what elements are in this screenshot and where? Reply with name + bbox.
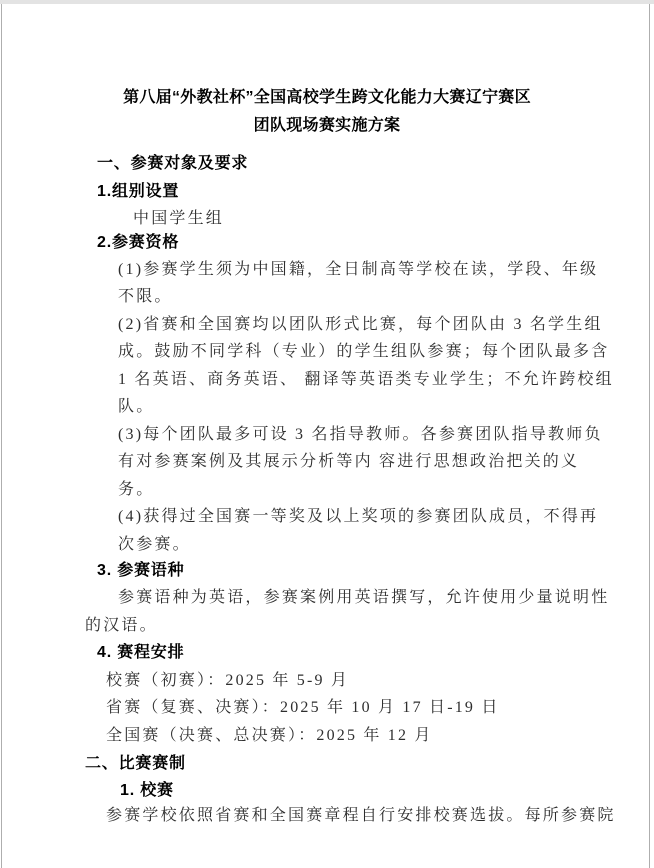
- document-page: 第八届“外教社杯”全国高校学生跨文化能力大赛辽宁赛区 团队现场赛实施方案 一、参…: [0, 0, 654, 868]
- eligibility-line: (2)省赛和全国赛均以团队形式比赛，每个团队由 3 名学生组: [118, 312, 603, 338]
- subsection-group-heading: 1.组别设置: [97, 179, 179, 205]
- school-round-line: 参赛学校依照省赛和全国赛章程自行安排校赛选拔。每所参赛院: [106, 803, 616, 829]
- subsection-eligibility-heading: 2.参赛资格: [97, 230, 179, 256]
- section2-heading: 二、比赛赛制: [85, 751, 186, 777]
- eligibility-line: 有对参赛案例及其展示分析等内 容进行思想政治把关的义: [118, 449, 579, 475]
- schedule-line-province: 省赛（复赛、决赛）：2025 年 10 月 17 日-19 日: [106, 695, 500, 721]
- schedule-line-national: 全国赛（决赛、总决赛）：2025 年 12 月: [106, 723, 433, 749]
- language-line: 参赛语种为英语，参赛案例用英语撰写，允许使用少量说明性: [118, 585, 609, 611]
- eligibility-line: 务。: [118, 477, 154, 503]
- eligibility-line: 成。鼓励不同学科（专业）的学生组队参赛；每个团队最多含: [118, 339, 609, 365]
- subsection-schedule-heading: 4. 赛程安排: [97, 640, 184, 666]
- doc-title-line-2: 团队现场赛实施方案: [0, 113, 654, 139]
- eligibility-line: (1)参赛学生须为中国籍，全日制高等学校在读，学段、年级: [118, 257, 598, 283]
- schedule-line-school: 校赛（初赛）：2025 年 5-9 月: [106, 668, 349, 694]
- section1-heading: 一、参赛对象及要求: [97, 151, 248, 177]
- doc-title-line-1: 第八届“外教社杯”全国高校学生跨文化能力大赛辽宁赛区: [0, 85, 654, 111]
- eligibility-line: 次参赛。: [118, 532, 191, 558]
- eligibility-line: (3)每个团队最多可设 3 名指导教师。各参赛团队指导教师负: [118, 422, 603, 448]
- eligibility-line: 不限。: [118, 284, 173, 310]
- subsection-school-round-heading: 1. 校赛: [120, 778, 174, 804]
- eligibility-line: 队。: [118, 394, 154, 420]
- group-body-line: 中国学生组: [133, 206, 224, 232]
- eligibility-line: (4)获得过全国赛一等奖及以上奖项的参赛团队成员，不得再: [118, 504, 598, 530]
- subsection-language-heading: 3. 参赛语种: [97, 558, 184, 584]
- page-top-edge: [0, 0, 654, 4]
- eligibility-line: 1 名英语、商务英语、 翻译等英语类专业学生；不允许跨校组: [118, 367, 614, 393]
- language-line: 的汉语。: [85, 613, 158, 639]
